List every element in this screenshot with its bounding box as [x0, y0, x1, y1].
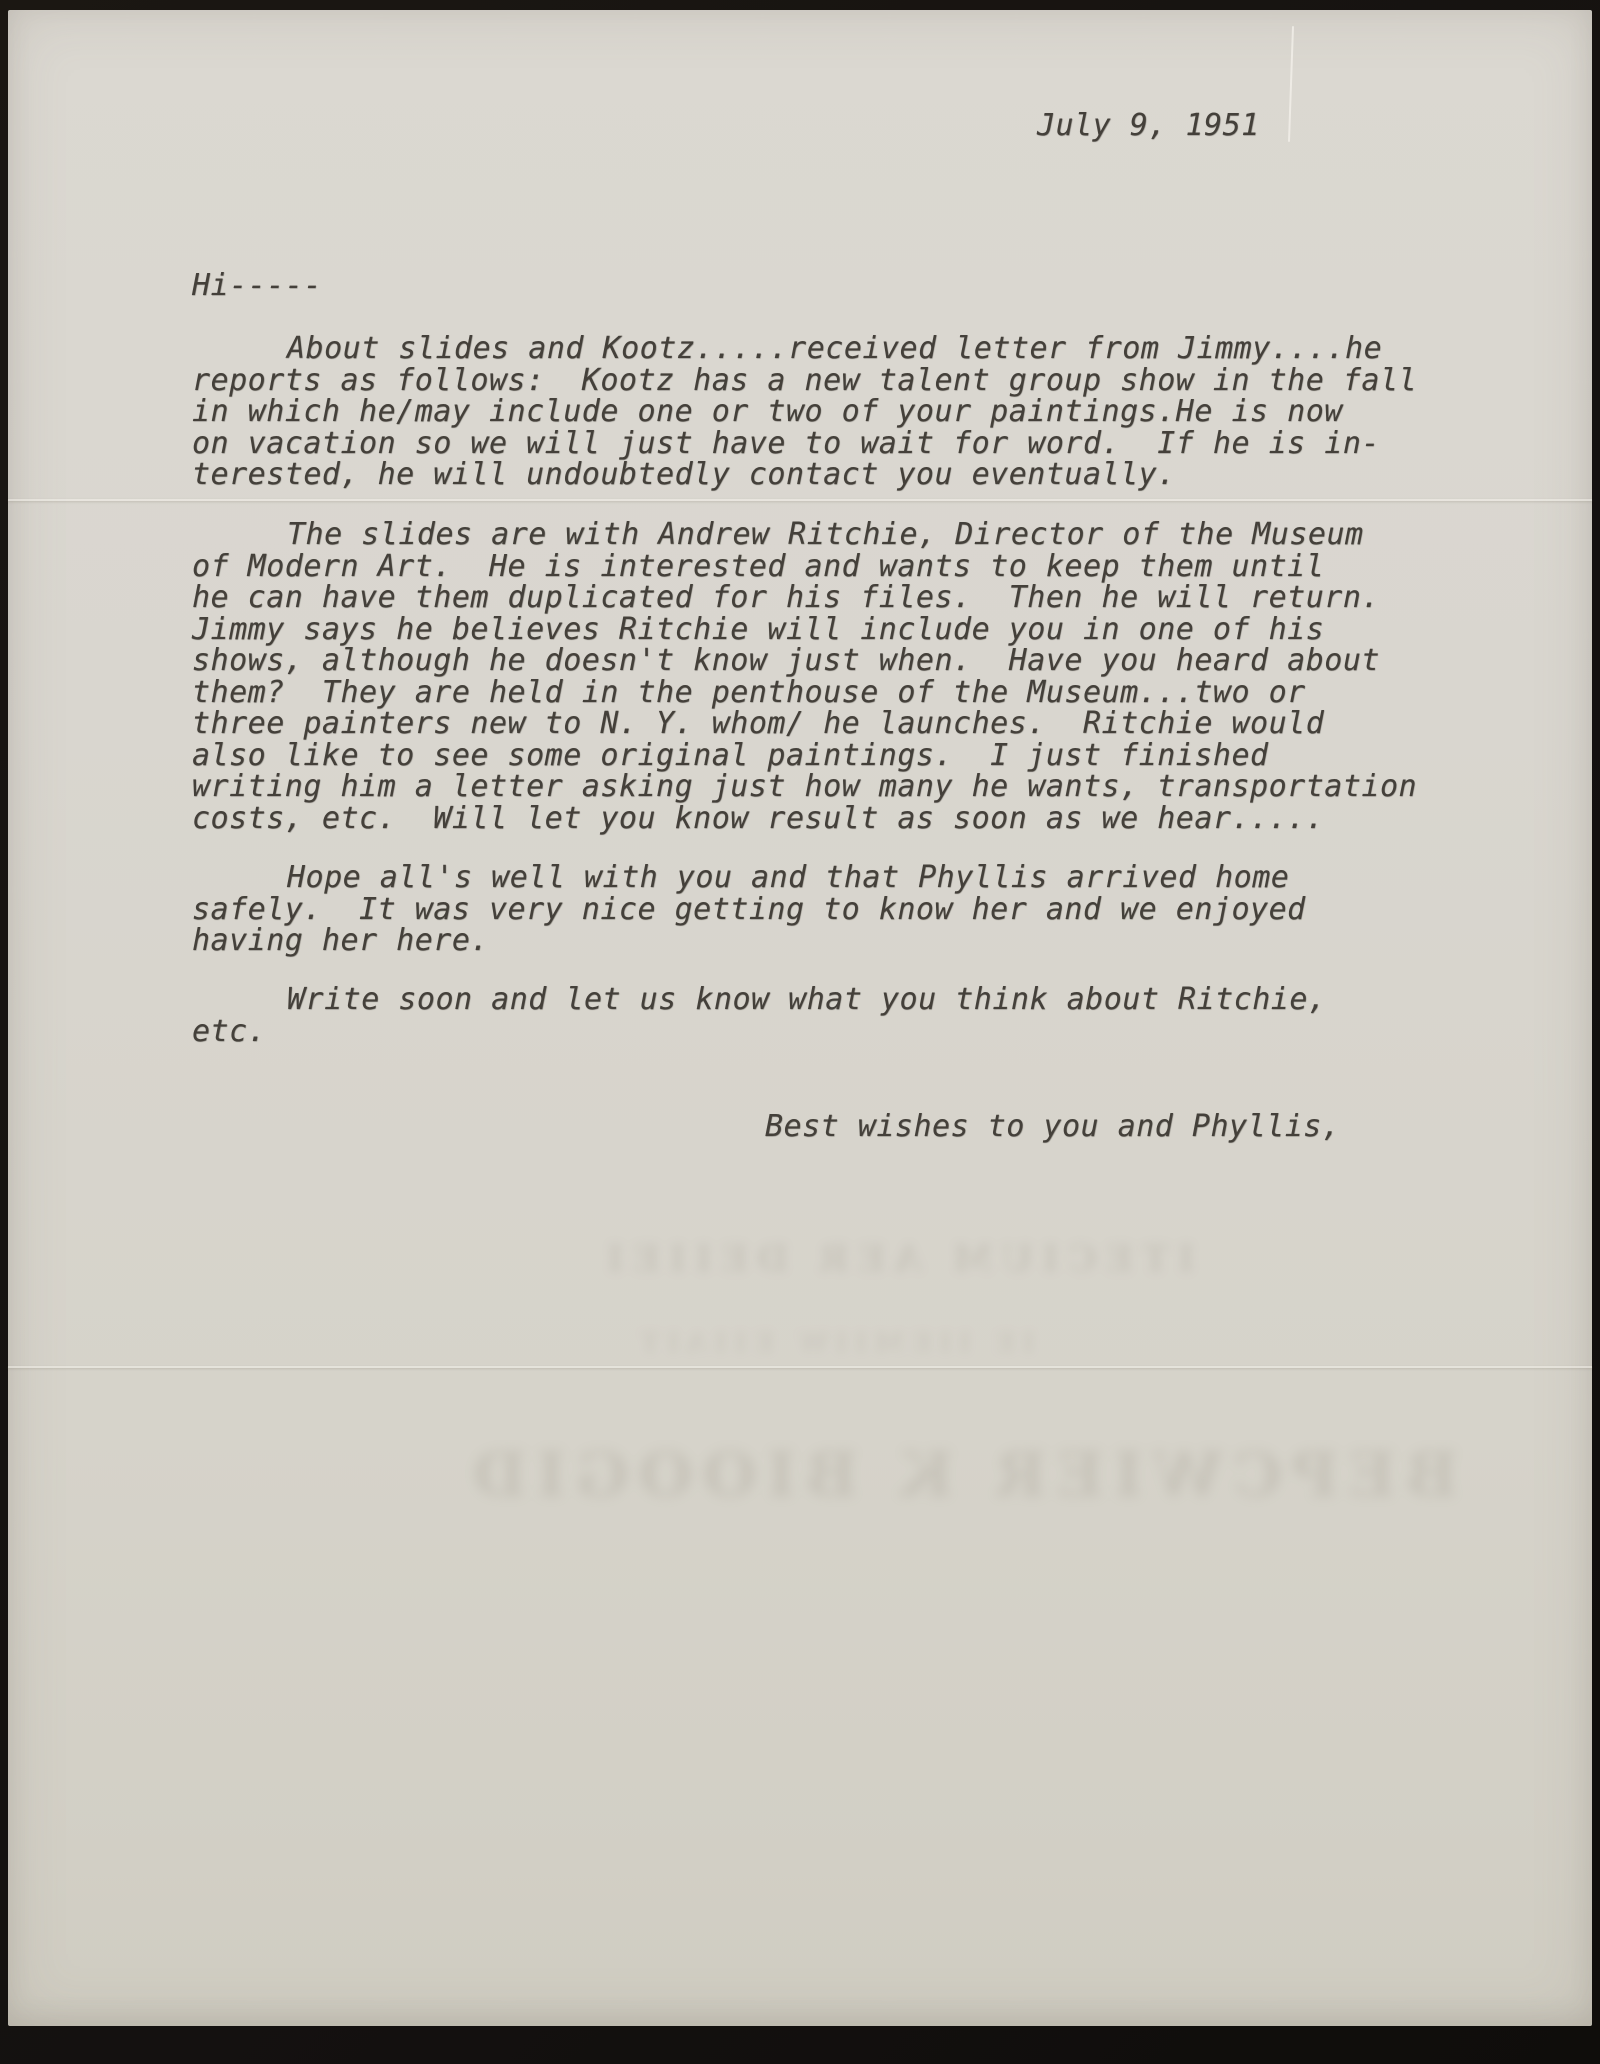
letter-paragraph-4: Write soon and let us know what you thin… [192, 984, 1326, 1047]
paragraph-line: The slides are with Andrew Ritchie, Dire… [192, 519, 1417, 551]
scan-scratch [1288, 26, 1294, 142]
letter-paragraph-3: Hope all's well with you and that Phylli… [192, 862, 1306, 957]
paragraph-line: of Modern Art. He is interested and want… [192, 551, 1417, 583]
paragraph-line: safely. It was very nice getting to know… [192, 894, 1306, 926]
paragraph-line: Jimmy says he believes Ritchie will incl… [192, 614, 1417, 646]
paragraph-line: he can have them duplicated for his file… [192, 582, 1417, 614]
fold-crease [8, 499, 1592, 501]
letter-page: July 9, 1951 Hi----- About slides and Ko… [8, 10, 1592, 2026]
bleedthrough-text-illegible: IE IIEMIIW EIIAIT [633, 1328, 1035, 1359]
paragraph-line: reports as follows: Kootz has a new tale… [192, 365, 1417, 397]
paragraph-line: in which he/may include one or two of yo… [192, 396, 1417, 428]
paragraph-line: them? They are held in the penthouse of … [192, 677, 1417, 709]
paragraph-line: Hope all's well with you and that Phylli… [192, 862, 1306, 894]
paragraph-line: terested, he will undoubtedly contact yo… [192, 459, 1417, 491]
bleedthrough-text-illegible: ITECIUM AER DEIIEI [598, 1238, 1195, 1280]
paragraph-line: on vacation so we will just have to wait… [192, 428, 1417, 460]
bleedthrough-text-illegible: BEPCWIER K BIOOGID [463, 1438, 1458, 1511]
paragraph-line: costs, etc. Will let you know result as … [192, 803, 1417, 835]
paragraph-line: having her here. [192, 925, 1306, 957]
letter-date: July 9, 1951 [1037, 110, 1260, 142]
paragraph-line: About slides and Kootz.....received lett… [192, 333, 1417, 365]
paragraph-line: three painters new to N. Y. whom/ he lau… [192, 708, 1417, 740]
letter-paragraph-1: About slides and Kootz.....received lett… [192, 333, 1417, 491]
letter-paragraph-2: The slides are with Andrew Ritchie, Dire… [192, 519, 1417, 834]
paragraph-line: Write soon and let us know what you thin… [192, 984, 1326, 1016]
paragraph-line: shows, although he doesn't know just whe… [192, 645, 1417, 677]
paragraph-line: writing him a letter asking just how man… [192, 771, 1417, 803]
paragraph-line: etc. [192, 1016, 1326, 1048]
letter-closing: Best wishes to you and Phyllis, [765, 1111, 1340, 1143]
scan-background: July 9, 1951 Hi----- About slides and Ko… [0, 0, 1600, 2064]
paragraph-line: also like to see some original paintings… [192, 740, 1417, 772]
letter-salutation: Hi----- [192, 270, 322, 302]
fold-crease [8, 1366, 1592, 1368]
